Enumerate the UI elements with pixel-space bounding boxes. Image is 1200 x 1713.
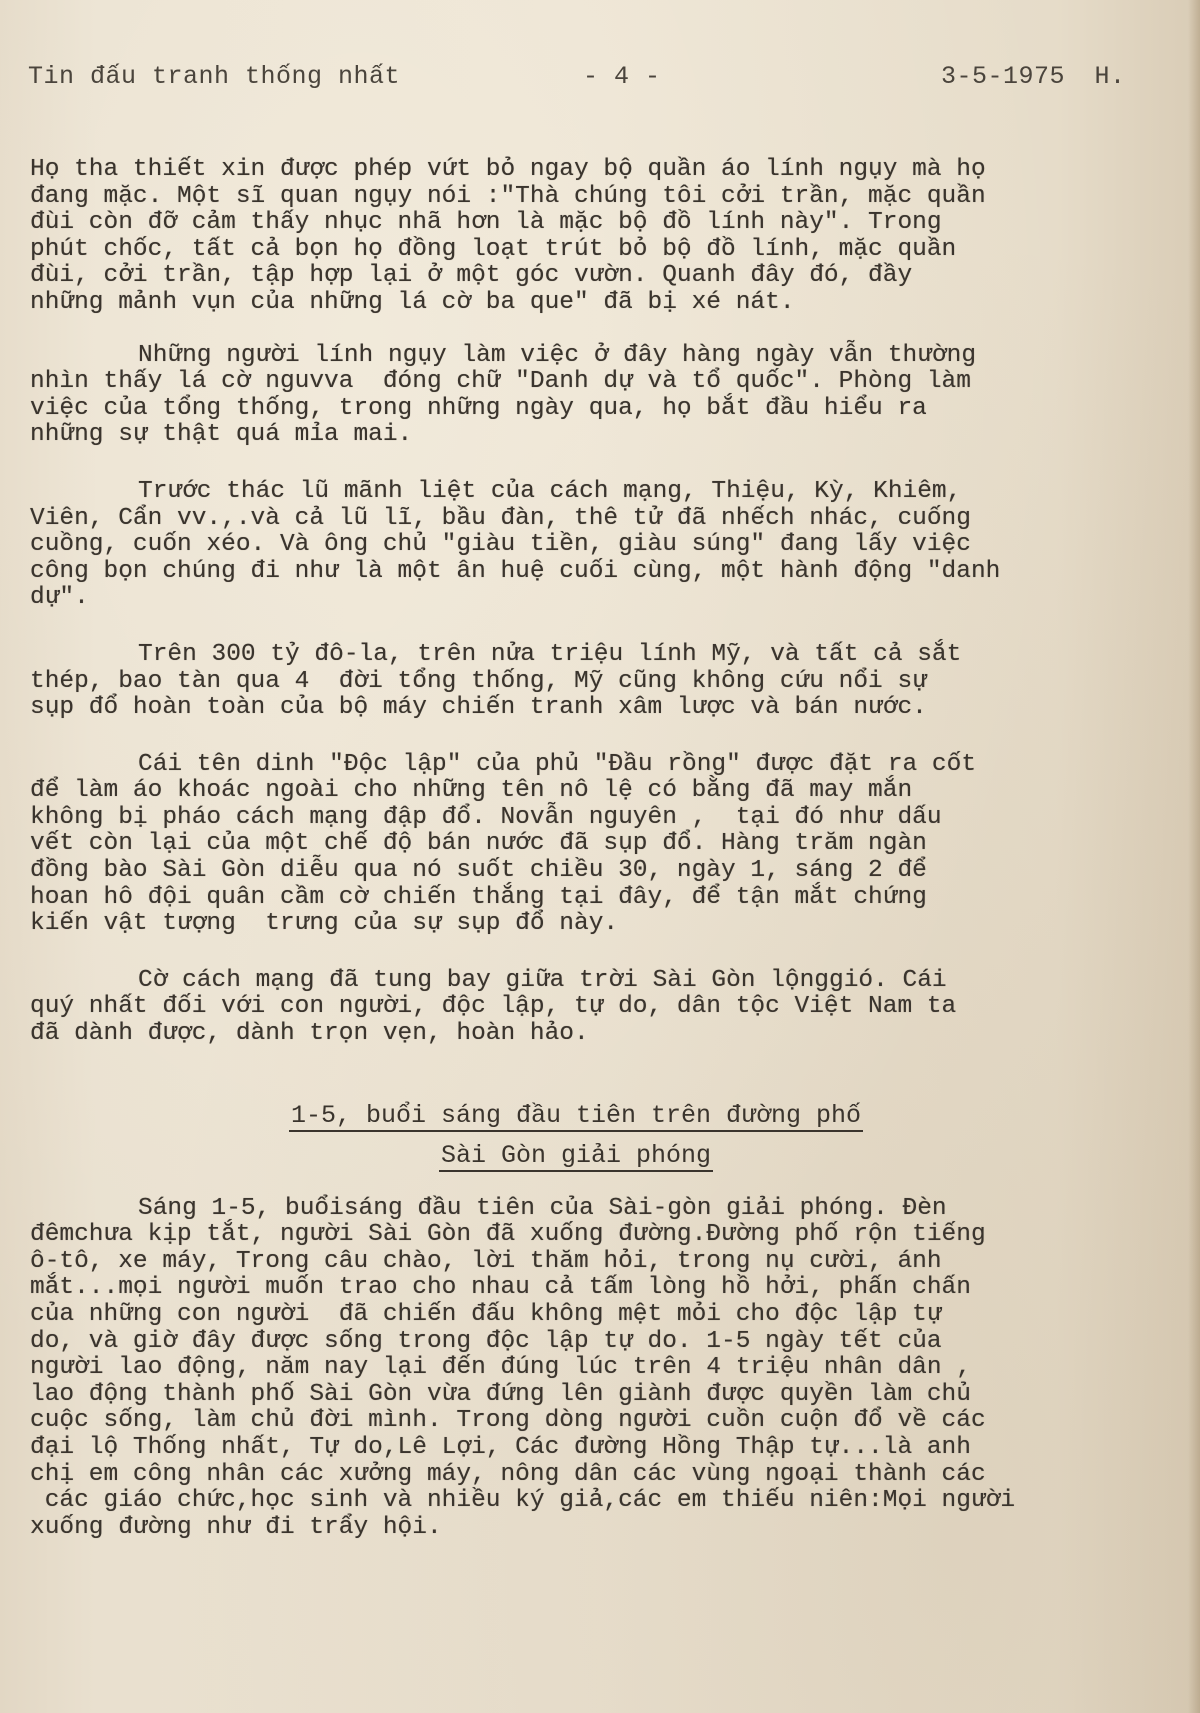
- text-line: của những con người đã chiến đấu không m…: [30, 1302, 1160, 1329]
- text-line: việc của tổng thống, trong những ngày qu…: [30, 396, 1160, 423]
- text-line: Sáng 1-5, buổisáng đầu tiên của Sài-gòn …: [30, 1196, 1160, 1223]
- text-line: đùi, cởi trần, tập hợp lại ở một góc vườ…: [30, 263, 1160, 290]
- paragraph: Cờ cách mạng đã tung bay giữa trời Sài G…: [30, 968, 1160, 1048]
- header-mark: H.: [1095, 62, 1126, 91]
- text-line: lao động thành phố Sài Gòn vừa đứng lên …: [30, 1382, 1160, 1409]
- typewritten-document-page: Tin đấu tranh thống nhất - 4 - 3-5-1975 …: [0, 0, 1200, 1713]
- page-edge-shadow: [1188, 0, 1200, 1713]
- section-heading-line-2: Sài Gòn giải phóng: [439, 1142, 713, 1172]
- text-line: mắt...mọi người muốn trao cho nhau cả tấ…: [30, 1275, 1160, 1302]
- text-line: đêmchưa kịp tắt, người Sài Gòn đã xuống …: [30, 1222, 1160, 1249]
- text-line: quý nhất đối với con người, độc lập, tự …: [30, 994, 1160, 1021]
- paragraph: Cái tên dinh "Độc lập" của phủ "Đầu rồng…: [30, 752, 1160, 938]
- paragraph: Trên 300 tỷ đô-la, trên nửa triệu lính M…: [30, 642, 1160, 722]
- text-line: những sự thật quá mỉa mai.: [30, 422, 1160, 449]
- document-header: Tin đấu tranh thống nhất - 4 - 3-5-1975 …: [28, 62, 1178, 98]
- text-line: ô-tô, xe máy, Trong câu chào, lời thăm h…: [30, 1249, 1160, 1276]
- text-line: đùi còn đỡ cảm thấy nhục nhã hơn là mặc …: [30, 210, 1160, 237]
- bulletin-title: Tin đấu tranh thống nhất: [28, 62, 400, 91]
- section-heading: 1-5, buổi sáng đầu tiên trên đường phố S…: [30, 1096, 1160, 1176]
- text-line: cuộc sống, làm chủ đời mình. Trong dòng …: [30, 1408, 1160, 1435]
- text-line: dự".: [30, 585, 1160, 612]
- text-line: chị em công nhân các xưởng máy, nông dân…: [30, 1462, 1160, 1489]
- page-number: - 4 -: [583, 62, 661, 91]
- text-line: hoan hô đội quân cầm cờ chiến thắng tại …: [30, 885, 1160, 912]
- document-date: 3-5-1975 H.: [941, 62, 1126, 91]
- text-line: những mảnh vụn của những lá cờ ba que" đ…: [30, 290, 1160, 317]
- text-line: vết còn lại của một chế độ bán nước đã s…: [30, 831, 1160, 858]
- text-line: người lao động, năm nay lại đến đúng lúc…: [30, 1355, 1160, 1382]
- text-line: đại lộ Thống nhất, Tự do,Lê Lợi, Các đườ…: [30, 1435, 1160, 1462]
- text-line: kiến vật tượng trưng của sự sụp đổ này.: [30, 911, 1160, 938]
- paragraph: Những người lính ngụy làm việc ở đây hàn…: [30, 343, 1160, 449]
- paragraph: Trước thác lũ mãnh liệt của cách mạng, T…: [30, 479, 1160, 612]
- text-line: Cờ cách mạng đã tung bay giữa trời Sài G…: [30, 968, 1160, 995]
- text-line: xuống đường như đi trẩy hội.: [30, 1515, 1160, 1542]
- text-line: các giáo chức,học sinh và nhiều ký giả,c…: [30, 1488, 1160, 1515]
- text-line: thép, bao tàn qua 4 đời tổng thống, Mỹ c…: [30, 669, 1160, 696]
- text-line: đồng bào Sài Gòn diễu qua nó suốt chiều …: [30, 858, 1160, 885]
- text-line: Trên 300 tỷ đô-la, trên nửa triệu lính M…: [30, 642, 1160, 669]
- section-heading-line-1: 1-5, buổi sáng đầu tiên trên đường phố: [289, 1102, 863, 1132]
- text-line: công bọn chúng đi như là một ân huệ cuối…: [30, 559, 1160, 586]
- text-line: Viên, Cẩn vv.,.và cả lũ lĩ, bầu đàn, thê…: [30, 506, 1160, 533]
- text-line: phút chốc, tất cả bọn họ đồng loạt trút …: [30, 237, 1160, 264]
- text-line: Những người lính ngụy làm việc ở đây hàn…: [30, 343, 1160, 370]
- final-paragraph: Sáng 1-5, buổisáng đầu tiên của Sài-gòn …: [30, 1196, 1160, 1542]
- document-body: Họ tha thiết xin được phép vứt bỏ ngay b…: [30, 157, 1160, 1541]
- text-line: Cái tên dinh "Độc lập" của phủ "Đầu rồng…: [30, 752, 1160, 779]
- paragraph: Họ tha thiết xin được phép vứt bỏ ngay b…: [30, 157, 1160, 317]
- text-line: Họ tha thiết xin được phép vứt bỏ ngay b…: [30, 157, 1160, 184]
- text-line: cuồng, cuốn xéo. Và ông chủ "giàu tiền, …: [30, 532, 1160, 559]
- text-line: đã dành được, dành trọn vẹn, hoàn hảo.: [30, 1021, 1160, 1048]
- text-line: không bị pháo cách mạng đập đổ. Novẫn ng…: [30, 805, 1160, 832]
- text-line: do, và giờ đây được sống trong độc lập t…: [30, 1329, 1160, 1356]
- text-line: để làm áo khoác ngoài cho những tên nô l…: [30, 778, 1160, 805]
- text-line: đang mặc. Một sĩ quan ngụy nói :"Thà chú…: [30, 184, 1160, 211]
- text-line: sụp đổ hoàn toàn của bộ máy chiến tranh …: [30, 695, 1160, 722]
- text-line: nhìn thấy lá cờ nguvva đóng chữ "Danh dự…: [30, 369, 1160, 396]
- text-line: Trước thác lũ mãnh liệt của cách mạng, T…: [30, 479, 1160, 506]
- date-value: 3-5-1975: [941, 62, 1065, 91]
